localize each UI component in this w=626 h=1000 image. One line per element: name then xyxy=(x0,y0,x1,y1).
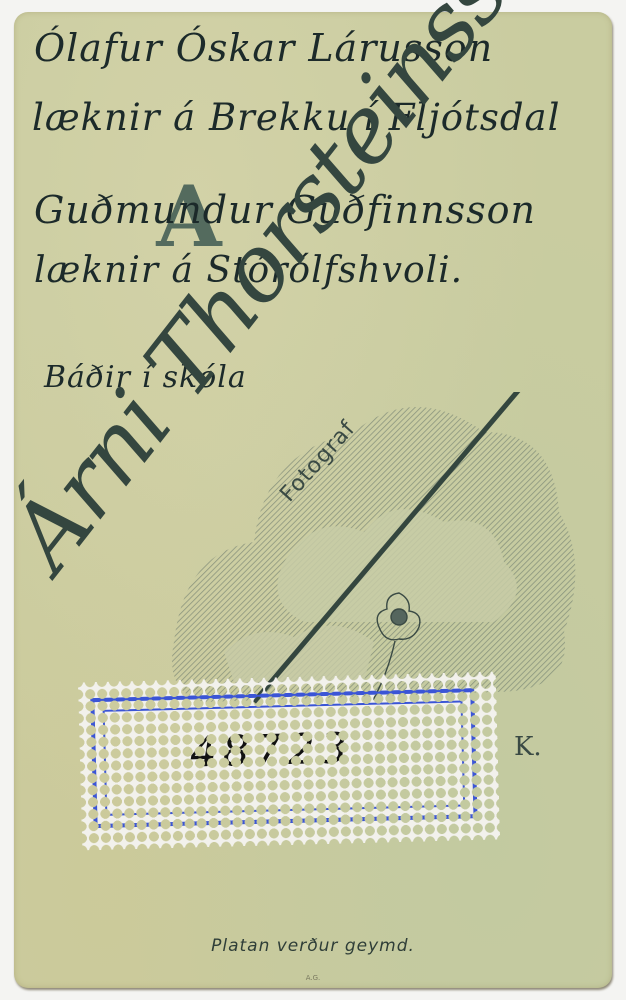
cloud-illustration xyxy=(164,392,584,722)
archive-number: 48723 xyxy=(189,723,354,776)
footer-note: Platan verður geymd. xyxy=(14,936,612,956)
footer-mark: A.G. xyxy=(14,974,612,982)
archive-label: 48723 xyxy=(78,672,500,851)
side-mark: K. xyxy=(514,732,542,762)
